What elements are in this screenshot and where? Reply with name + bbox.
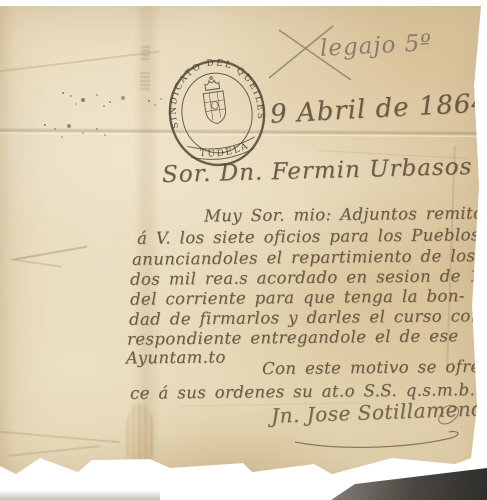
paper-crease (14, 246, 87, 261)
body-line: Ayuntam.to (126, 347, 226, 367)
paper-crease (8, 445, 100, 457)
ink-speckles (44, 124, 46, 126)
closing-line: Con este motivo se ofre- (262, 357, 487, 378)
bleed-through-mark (141, 46, 150, 62)
ink-speckles (62, 92, 64, 94)
body-line: respondiente entregandole el de ese (127, 326, 459, 348)
paper-crease (0, 431, 120, 443)
body-line: dos mil rea.s acordado en sesion de 1º (130, 266, 487, 289)
date-line: 9 Abril de 1864 (269, 88, 487, 129)
scanned-letter: SINDICATO DEL QUEILES TUDELA legajo 5º (0, 0, 487, 500)
scanner-shadow-bottom-left (0, 490, 160, 500)
crown-icon (204, 76, 220, 91)
letter-paper: SINDICATO DEL QUEILES TUDELA legajo 5º (0, 6, 481, 478)
bleed-through-mark (140, 72, 150, 90)
body-line: anunciandoles el repartimiento de los (132, 246, 475, 269)
body-line: del corriente para que tenga la bon- (130, 286, 465, 309)
shield-icon (203, 91, 227, 125)
body-line: dad de firmarlos y darles el curso cor- (129, 306, 485, 329)
official-seal-stamp: SINDICATO DEL QUEILES TUDELA (159, 51, 275, 174)
seal-arc-text: SINDICATO DEL QUEILES (162, 52, 267, 134)
ink-speckles (148, 100, 150, 102)
body-line: Muy Sor. mio: Adjuntos remito (204, 204, 484, 226)
archive-annotation: legajo 5º (319, 30, 432, 62)
paper-crease (10, 258, 62, 267)
ink-smudge (126, 404, 154, 472)
body-line: á V. los siete oficios para los Pueblos (137, 225, 480, 248)
